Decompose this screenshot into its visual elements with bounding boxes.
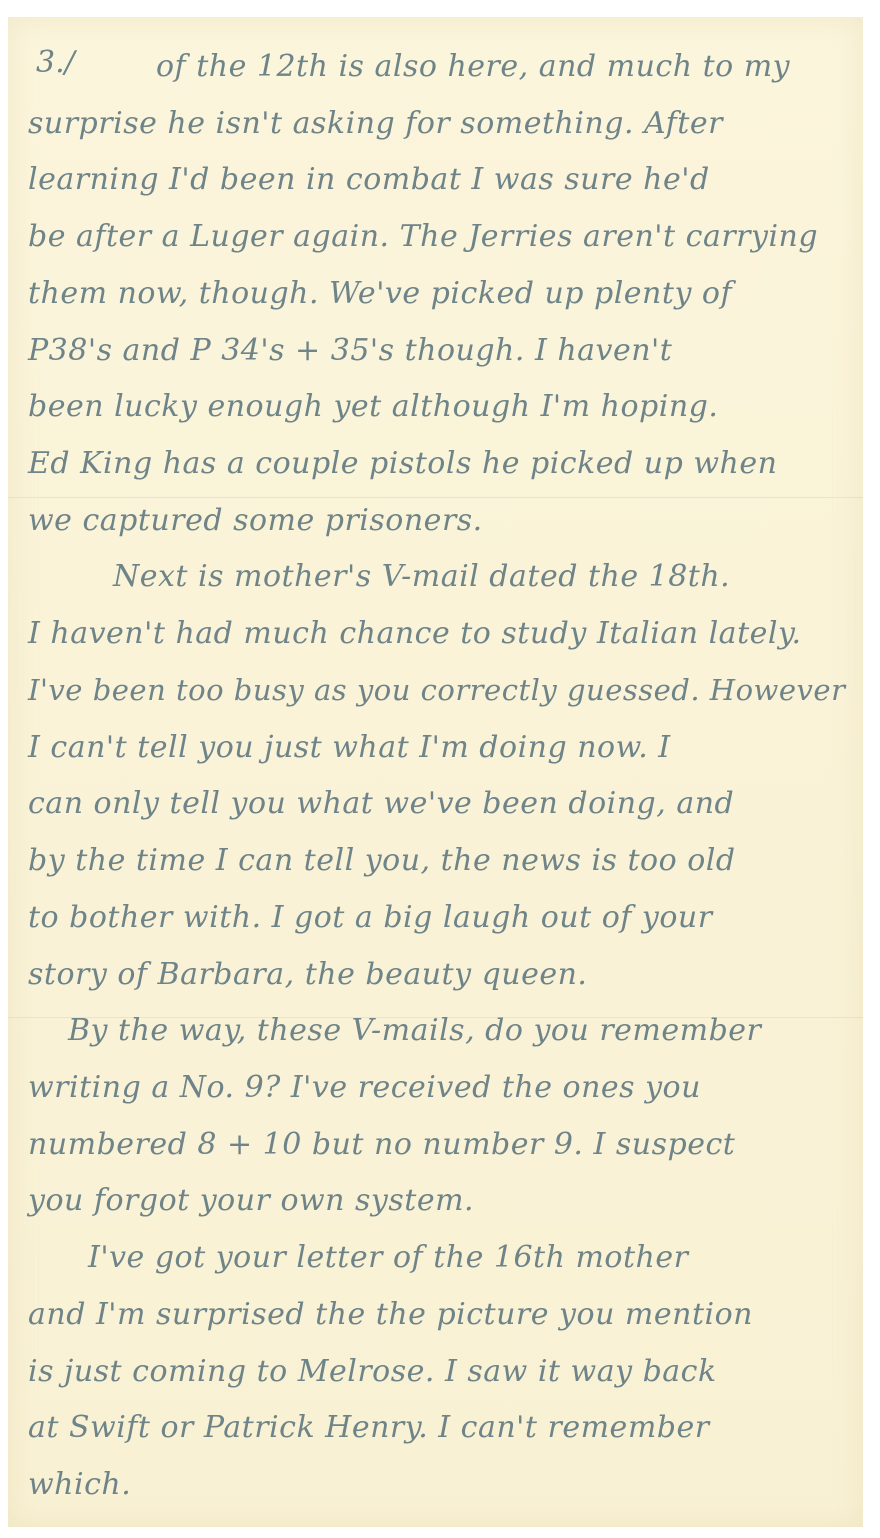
letter-line: Next is mother's V-mail dated the 18th. [113,559,730,594]
letter-line: Ed King has a couple pistols he picked u… [28,446,777,481]
letter-line: learning I'd been in combat I was sure h… [28,162,710,197]
letter-line: I've been too busy as you correctly gues… [28,673,845,707]
letter-line: of the 12th is also here, and much to my [156,49,790,84]
letter-line: at Swift or Patrick Henry. I can't remem… [28,1410,710,1445]
paper-fold-line [8,497,863,498]
letter-line: been lucky enough yet although I'm hopin… [28,389,718,424]
letter-line: is just coming to Melrose. I saw it way … [28,1354,717,1389]
letter-line: we captured some prisoners. [28,503,483,538]
letter-page: 3./ of the 12th is also here, and much t… [8,17,863,1527]
letter-line: numbered 8 + 10 but no number 9. I suspe… [28,1127,735,1162]
letter-line: you forgot your own system. [28,1183,474,1218]
letter-line: to bother with. I got a big laugh out of… [28,900,713,935]
letter-line: I can't tell you just what I'm doing now… [28,730,671,765]
letter-line: and I'm surprised the the picture you me… [28,1297,753,1332]
letter-line: by the time I can tell you, the news is … [28,843,736,878]
page-number: 3./ [36,45,75,80]
letter-line: surprise he isn't asking for something. … [28,106,723,141]
letter-line: which. [28,1467,131,1502]
letter-line: By the way, these V-mails, do you rememb… [68,1013,761,1048]
letter-line: writing a No. 9? I've received the ones … [28,1070,701,1105]
letter-line: I've got your letter of the 16th mother [88,1240,688,1275]
letter-line: story of Barbara, the beauty queen. [28,957,587,992]
letter-line: them now, though. We've picked up plenty… [28,276,732,311]
letter-line: I haven't had much chance to study Itali… [28,616,801,651]
letter-line: be after a Luger again. The Jerries aren… [28,219,818,254]
letter-line: P38's and P 34's + 35's though. I haven'… [28,333,672,368]
letter-line: can only tell you what we've been doing,… [28,786,734,821]
